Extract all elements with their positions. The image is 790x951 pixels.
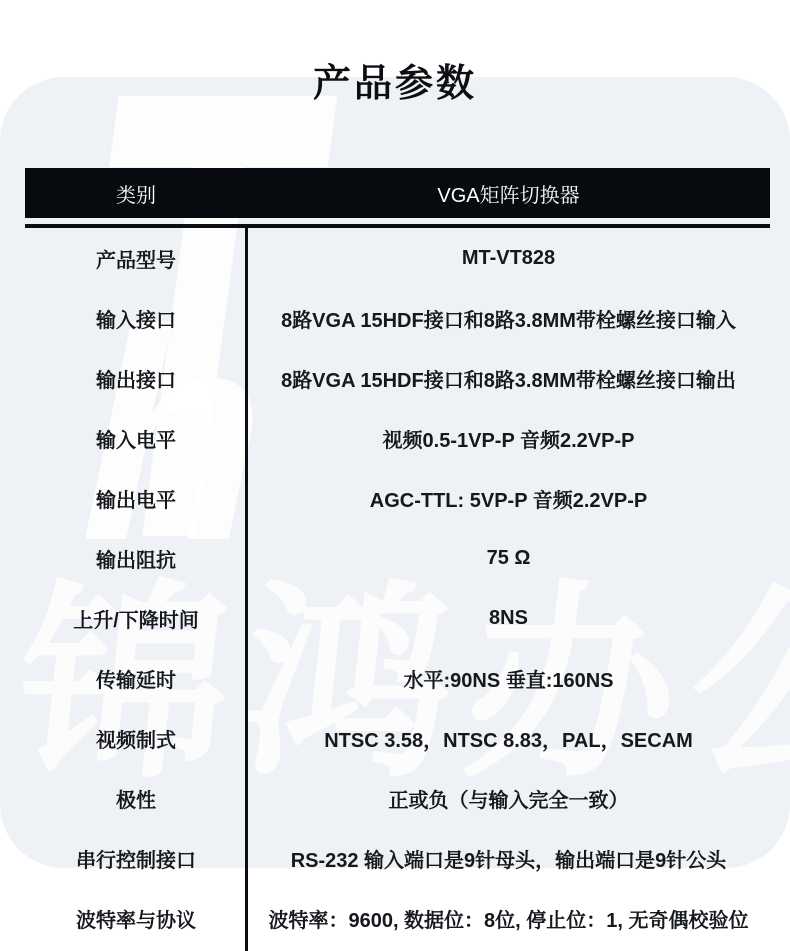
table-row: 视频制式 NTSC 3.58，NTSC 8.83，PAL，SECAM [25, 708, 770, 768]
row-value: AGC-TTL: 5VP-P 音频2.2VP-P [247, 484, 770, 513]
table-row: 输出接口 8路VGA 15HDF接口和8路3.8MM带栓螺丝接口输出 [25, 348, 770, 408]
row-value: NTSC 3.58，NTSC 8.83，PAL，SECAM [247, 724, 770, 753]
table-row: 输出阻抗 75 Ω [25, 528, 770, 588]
table-header-category: 类别 [25, 179, 247, 208]
row-value: 8NS [247, 607, 770, 630]
row-label: 视频制式 [25, 724, 247, 753]
table-body: 产品型号 MT-VT828 输入接口 8路VGA 15HDF接口和8路3.8MM… [25, 228, 770, 948]
table-header-product: VGA矩阵切换器 [247, 179, 770, 208]
row-label: 输入接口 [25, 304, 247, 333]
row-label: 输出电平 [25, 484, 247, 513]
table-row: 输入接口 8路VGA 15HDF接口和8路3.8MM带栓螺丝接口输入 [25, 288, 770, 348]
table-header-row: 类别 VGA矩阵切换器 [25, 168, 770, 218]
column-divider [245, 228, 248, 951]
table-row: 输出电平 AGC-TTL: 5VP-P 音频2.2VP-P [25, 468, 770, 528]
table-row: 输入电平 视频0.5-1VP-P 音频2.2VP-P [25, 408, 770, 468]
table-row: 波特率与协议 波特率：9600, 数据位：8位, 停止位：1, 无奇偶校验位 [25, 888, 770, 948]
spec-table: 类别 VGA矩阵切换器 产品型号 MT-VT828 输入接口 8路VGA 15H… [25, 168, 770, 948]
row-value: 视频0.5-1VP-P 音频2.2VP-P [247, 424, 770, 453]
row-value: MT-VT828 [247, 247, 770, 270]
table-row: 传输延时 水平:90NS 垂直:160NS [25, 648, 770, 708]
row-value: 波特率：9600, 数据位：8位, 停止位：1, 无奇偶校验位 [247, 904, 770, 933]
row-label: 波特率与协议 [25, 904, 247, 933]
row-value: 水平:90NS 垂直:160NS [247, 664, 770, 693]
table-row: 产品型号 MT-VT828 [25, 228, 770, 288]
row-value: 75 Ω [247, 547, 770, 570]
row-value: 8路VGA 15HDF接口和8路3.8MM带栓螺丝接口输出 [247, 364, 770, 393]
row-value: 正或负（与输入完全一致） [247, 784, 770, 813]
row-label: 传输延时 [25, 664, 247, 693]
row-value: 8路VGA 15HDF接口和8路3.8MM带栓螺丝接口输入 [247, 304, 770, 333]
row-label: 串行控制接口 [25, 844, 247, 873]
page-title: 产品参数 [0, 52, 790, 107]
table-row: 串行控制接口 RS-232 输入端口是9针母头，输出端口是9针公头 [25, 828, 770, 888]
row-label: 极性 [25, 784, 247, 813]
row-label: 产品型号 [25, 244, 247, 273]
row-label: 上升/下降时间 [25, 604, 247, 633]
row-label: 输出阻抗 [25, 544, 247, 573]
row-label: 输入电平 [25, 424, 247, 453]
row-label: 输出接口 [25, 364, 247, 393]
table-row: 极性 正或负（与输入完全一致） [25, 768, 770, 828]
row-value: RS-232 输入端口是9针母头，输出端口是9针公头 [247, 844, 770, 873]
table-row: 上升/下降时间 8NS [25, 588, 770, 648]
